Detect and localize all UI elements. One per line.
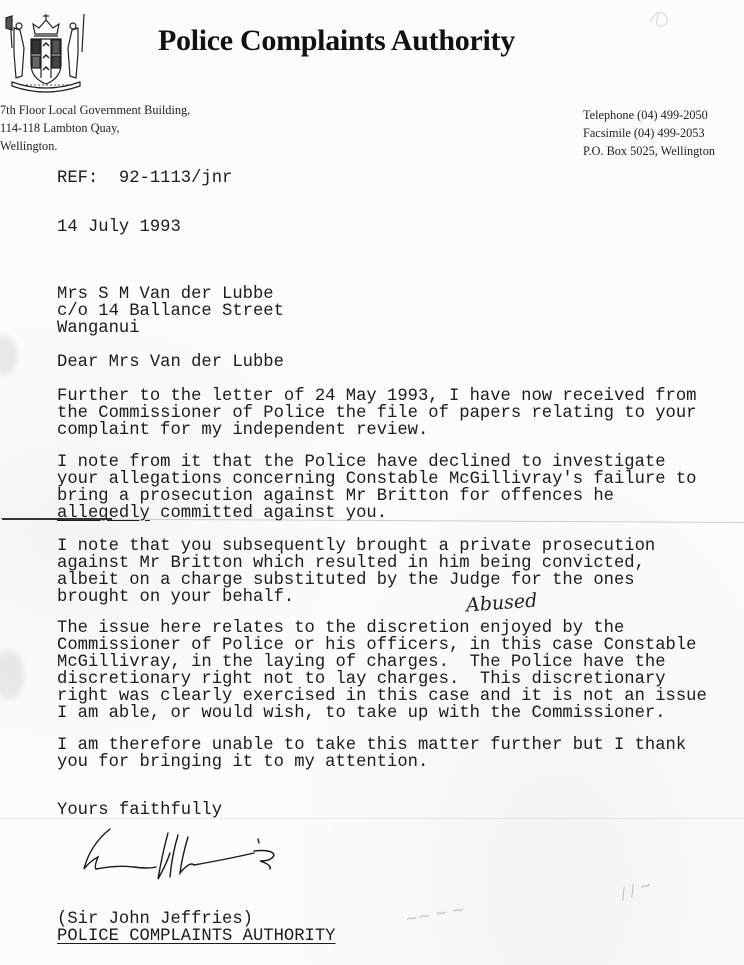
letterhead-contact: Telephone (04) 499-2050 Facsimile (04) 4… (583, 106, 715, 160)
text-line: I note from it that the Police have decl… (57, 454, 696, 471)
nz-coat-of-arms-icon (2, 8, 90, 94)
handwritten-annotation: Abused (465, 590, 538, 617)
text-line: your allegations concerning Constable Mc… (57, 471, 696, 488)
text-line: complaint for my independent review. (57, 422, 696, 439)
paragraph-3: I note that you subsequently brought a p… (57, 538, 655, 606)
text-line: I am able, or would wish, to take up wit… (57, 705, 707, 722)
recipient-town: Wanganui (57, 320, 284, 337)
text-line: McGillivray, in the laying of charges. T… (57, 654, 707, 671)
text-line: The issue here relates to the discretion… (57, 620, 707, 637)
text-line: Further to the letter of 24 May 1993, I … (57, 388, 696, 405)
organisation-title: Police Complaints Authority (158, 24, 515, 58)
recipient-street: c/o 14 Ballance Street (57, 303, 284, 320)
underline-stroke (2, 518, 112, 520)
scan-smudge (0, 650, 24, 700)
text-line: I am therefore unable to take this matte… (57, 737, 686, 754)
text-line: discretionary right not to lay charges. … (57, 671, 707, 688)
closing: Yours faithfully (57, 802, 222, 819)
text-line: against Mr Britton which resulted in him… (57, 555, 655, 572)
faint-scribble: ~~ ~ ~ (404, 900, 466, 928)
faint-stamp-mark (640, 2, 690, 32)
recipient-address: Mrs S M Van der Lubbec/o 14 Ballance Str… (57, 286, 284, 337)
text-line: I note that you subsequently brought a p… (57, 538, 655, 555)
underlined-word: allegedly (57, 504, 150, 523)
reference-number: REF: 92-1113/jnr (57, 170, 232, 187)
signatory-name: (Sir John Jeffries) (57, 911, 253, 928)
paragraph-5: I am therefore unable to take this matte… (57, 737, 686, 771)
salutation: Dear Mrs Van der Lubbe (57, 354, 284, 371)
paragraph-4: The issue here relates to the discretion… (57, 620, 707, 722)
letter-date: 14 July 1993 (57, 219, 181, 236)
facsimile-line: Facsimile (04) 499-2053 (583, 124, 715, 142)
letter-page: Police Complaints Authority 7th Floor Lo… (0, 0, 744, 965)
text-line: you for bringing it to my attention. (57, 754, 686, 771)
text-line: bring a prosecution against Mr Britton f… (57, 488, 696, 505)
scan-smudge (0, 335, 18, 375)
address-line: 7th Floor Local Government Building, (0, 101, 190, 119)
paragraph-1: Further to the letter of 24 May 1993, I … (57, 388, 696, 439)
text-line: right was clearly exercised in this case… (57, 688, 707, 705)
signatory-title: POLICE COMPLAINTS AUTHORITY (57, 928, 335, 945)
paragraph-2: I note from it that the Police have decl… (57, 454, 696, 522)
letterhead-address: 7th Floor Local Government Building, 114… (0, 101, 190, 155)
po-box-line: P.O. Box 5025, Wellington (583, 142, 715, 160)
recipient-name: Mrs S M Van der Lubbe (57, 286, 284, 303)
telephone-line: Telephone (04) 499-2050 (583, 106, 715, 124)
address-line: Wellington. (0, 137, 190, 155)
text-line: allegedly committed against you. (57, 505, 696, 522)
text-line: albeit on a charge substituted by the Ju… (57, 572, 655, 589)
text-line: brought on your behalf. (57, 589, 655, 606)
text-fragment: committed against you. (150, 504, 387, 523)
text-line: Commissioner of Police or his officers, … (57, 637, 707, 654)
text-line: the Commissioner of Police the file of p… (57, 405, 696, 422)
faint-scribble: / / ~ (618, 875, 654, 903)
handwritten-signature-icon (78, 825, 318, 885)
address-line: 114-118 Lambton Quay, (0, 119, 190, 137)
